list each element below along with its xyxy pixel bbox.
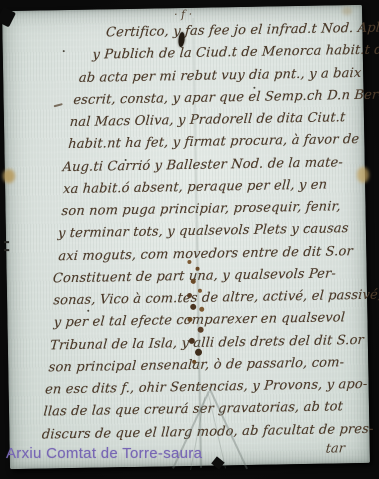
edge-mark: [4, 241, 9, 243]
edge-mark: [4, 249, 9, 251]
ink-dot: [195, 349, 202, 356]
ink-dot: [199, 307, 204, 312]
ink-dot: [187, 260, 191, 264]
archive-watermark: Arxiu Comtat de Torre-saura: [6, 445, 202, 462]
catchword: tar: [325, 441, 346, 456]
ink-dot: [191, 279, 196, 284]
ink-dot: [187, 293, 192, 298]
ink-dot: [187, 317, 192, 322]
manuscript-paper: · f · Certifico, y fas fee jo el infrad.…: [2, 5, 370, 469]
paper-stain: [342, 7, 352, 15]
ink-dot: [196, 267, 200, 271]
speck: [63, 50, 65, 52]
folio-mark: · f ·: [174, 8, 192, 21]
torn-corner: [0, 7, 16, 28]
speck: [87, 310, 89, 312]
ink-dot: [198, 327, 204, 333]
document-photo: · f · Certifico, y fas fee jo el infrad.…: [0, 0, 379, 479]
speck: [306, 226, 308, 228]
manuscript-text: Certifico, y fas fee jo el infrad.t Nod.…: [37, 18, 379, 447]
speck: [149, 429, 151, 431]
paper-stain: [3, 169, 15, 183]
ink-dot: [189, 338, 195, 344]
speck: [125, 159, 127, 161]
ink-dot: [190, 304, 196, 310]
ink-dot: [198, 289, 202, 293]
speck: [253, 87, 255, 89]
ink-dot: [192, 360, 196, 364]
paper-stain: [357, 167, 369, 183]
